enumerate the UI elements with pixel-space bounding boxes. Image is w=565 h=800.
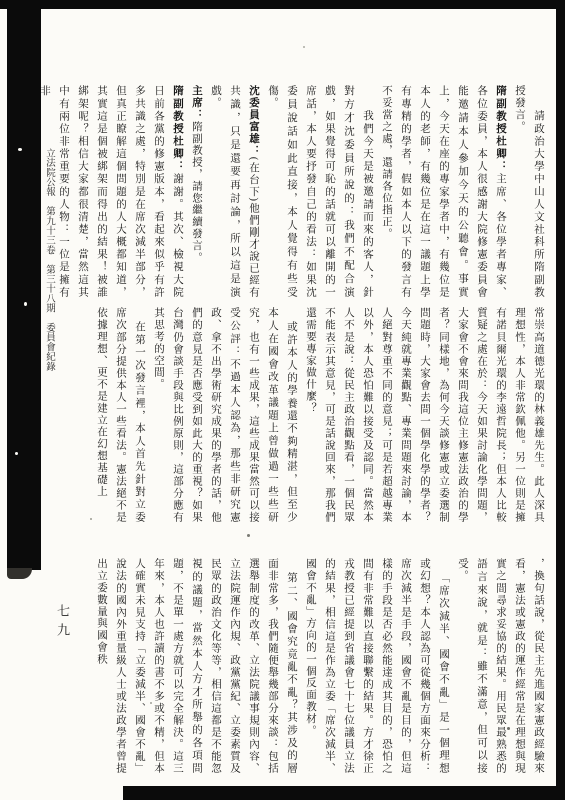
scan-border-top (0, 0, 565, 9)
speech-chair-continue: 主席：隋副教授，請您繼續發言。 (187, 85, 206, 298)
paragraph-text: 謝謝。其次、檢視大院日前各黨的修憲版本，看起來似乎有許多共識之處，特別是在席次減… (39, 85, 183, 298)
speech-sui-response: 我們今天是被邀請而來的客人，針對方才沈委員所說的：我們不配合演戲，如果覺得可恥的… (263, 85, 377, 298)
scan-border-left-tail (7, 568, 32, 579)
transcript-band-bottom: ，換句話說，從民主先進國家憲政經驗來看，憲法或憲政的運作經常是在理想與現實之間尋… (52, 558, 548, 774)
speech-sui-first-remarks: 在第一次發言裡，本人首先針對立委席次部分提供本人一些看法。憲法絕不是依據理想、更… (92, 307, 149, 523)
paragraph-text: 主席、各位學者專家、各位委員，本人很感謝大院修憲委員會能邀請本人參加今天的公聽會… (381, 85, 506, 298)
paragraph-text: 我們今天是被邀請而來的客人，針對方才沈委員所說的：我們不配合演戲，如果覺得可恥的… (267, 85, 373, 298)
speech-shen-interjection: 沈委員富雄：(在台下)他們剛才說已經有共識，只是還要再討論，所以這是演戲。 (206, 85, 263, 298)
scan-border-bottom (123, 786, 565, 800)
speech-sui-constitution-compromise: ，換句話說，從民主先進國家憲政經驗來看，憲法或憲政的運作經常是在理想與現實之間尋… (453, 558, 548, 774)
chair-call-on-speaker-line: 請政治大學中山人文社科所隋副教授發言。 (510, 85, 548, 298)
paragraph-text: 「席次減半、國會不亂」是一個理想或幻想？本人認為可從幾個方面來分析：席次減半是手… (305, 558, 449, 774)
paragraph-text: 請政治大學中山人文社科所隋副教授發言。 (514, 85, 544, 298)
scan-border-right (556, 0, 565, 800)
speech-sui-chaos-question: 第二、國會究竟亂不亂？其涉及的層面非常多，我們隨便舉幾部分來談：包括選舉制度的改… (92, 558, 301, 774)
speaker-name: 主席： (191, 85, 202, 121)
speech-sui-second-continued: 常崇高道德光環的林義雄先生。此人深具理想性，本人非常欽佩他。另一位則是擁有諾貝爾… (301, 307, 548, 523)
noise-speck (18, 148, 22, 151)
paragraph-text: 隋副教授，請您繼續發言。 (191, 121, 202, 264)
speech-sui-scholarship: 或許本人的學養還不夠精湛，但至少本人在國會改革議題上曾做過一些些研究，也有一些成… (149, 307, 301, 523)
paragraph-text: 或許本人的學養還不夠精湛，但至少本人在國會改革議題上曾做過一些些研究，也有一些成… (153, 307, 297, 523)
noise-speck (24, 302, 27, 306)
noise-speck (15, 452, 18, 455)
paragraph-text: 第二、國會究竟亂不亂？其涉及的層面非常多，我們隨便舉幾部分來談：包括選舉制度的改… (96, 558, 297, 774)
paragraph-text: 在第一次發言裡，本人首先針對立委席次部分提供本人一些看法。憲法絕不是依據理想、更… (96, 307, 145, 523)
speaker-name: 沈委員富雄： (248, 85, 259, 157)
speech-sui-second: 隋副教授杜卿：謝謝。其次、檢視大院日前各黨的修憲版本，看起來似乎有許多共識之處，… (35, 85, 187, 298)
noise-speck (247, 534, 250, 537)
scanned-gazette-page: 立法院公報 第九十三卷 第三十八期 委員會紀錄 七九 請政治大學中山人文社科所隋… (0, 0, 565, 800)
noise-speck (303, 46, 305, 48)
speech-sui-opening: 隋副教授杜卿：主席、各位學者專家、各位委員，本人很感謝大院修憲委員會能邀請本人參… (377, 85, 510, 298)
speaker-name: 隋副教授杜卿： (495, 85, 506, 173)
transcript-band-middle: 常崇高道德光環的林義雄先生。此人深具理想性，本人非常欽佩他。另一位則是擁有諾貝爾… (52, 307, 548, 523)
speech-sui-halving-ideal: 「席次減半、國會不亂」是一個理想或幻想？本人認為可從幾個方面來分析：席次減半是手… (301, 558, 453, 774)
speaker-name: 隋副教授杜卿： (172, 85, 183, 173)
paragraph-text: ，換句話說，從民主先進國家憲政經驗來看，憲法或憲政的運作經常是在理想與現實之間尋… (457, 558, 544, 774)
paragraph-text: 常崇高道德光環的林義雄先生。此人深具理想性，本人非常欽佩他。另一位則是擁有諾貝爾… (305, 307, 544, 523)
transcript-band-top: 請政治大學中山人文社科所隋副教授發言。 隋副教授杜卿：主席、各位學者專家、各位委… (52, 85, 548, 298)
